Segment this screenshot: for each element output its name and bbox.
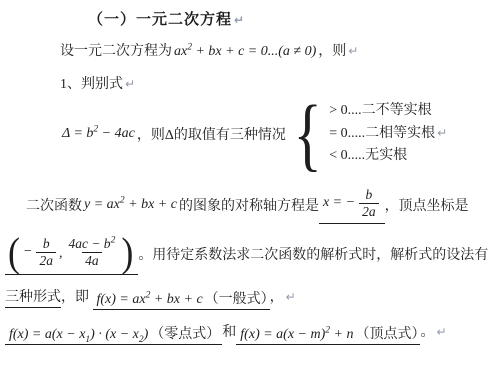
discriminant-item-line: 1、判别式↵ (60, 73, 494, 93)
numerator-part: 4ac − b (68, 236, 110, 251)
setup-prefix: 设一元二次方程为 (60, 44, 172, 59)
three-forms-line: 三种形式，即 f(x) = ax2 + bx + c（一般式），↵ (5, 286, 494, 308)
section-heading: （一）一元二次方程↵ (88, 8, 494, 29)
denominator: 2a (359, 203, 379, 220)
equation-setup-line: 设一元二次方程为ax2 + bx + c = 0...(a ≠ 0)，则↵ (60, 40, 494, 60)
cases-list: > 0....二不等实根 = 0.....二相等实根↵ < 0.....无实根 (329, 103, 447, 165)
close-paren-glyph: ) (121, 231, 133, 272)
general-form-formula: f(x) = ax2 + bx + c (97, 292, 203, 307)
numerator: b (40, 236, 53, 252)
setup-suffix: ，则 (318, 44, 346, 59)
zero-form-formula: f(x) = a(x − x1) · (x − x2) (9, 327, 148, 342)
formula-part: ) · (x − x (90, 327, 139, 342)
formula-part: Δ = b (62, 126, 93, 141)
fraction-4ac-b2-over-4a: 4ac − b24a (65, 236, 118, 268)
axis-answer-blank: x = − b2a (319, 185, 385, 224)
formula-part: y = ax (84, 197, 120, 212)
formula-part: ax (174, 44, 187, 59)
vertex-suffix-text: 。用待定系数法求二次函数的解析式时，解析式的设法有 (138, 244, 488, 264)
exponent: 2 (111, 236, 116, 246)
and-text: 和 (222, 325, 236, 340)
zero-and-vertex-forms-line: f(x) = a(x − x1) · (x − x2)（零点式）和f(x) = … (5, 321, 494, 343)
vertex-form-blank: f(x) = a(x − m)2 + n（顶点式） (236, 327, 420, 345)
zero-form-label: （零点式） (150, 327, 220, 342)
comma-separator: , (59, 246, 63, 262)
paragraph-mark-icon: ↵ (125, 77, 135, 91)
document-page: （一）一元二次方程↵ 设一元二次方程为ax2 + bx + c = 0...(a… (0, 0, 494, 379)
denominator: 4a (82, 252, 102, 269)
item-text: 1、判别式 (60, 77, 123, 92)
delta-description: ，则Δ的取值有三种情况 (137, 124, 286, 144)
vertex-answer-blank: ( − b2a , 4ac − b24a ) (5, 232, 138, 275)
fraction-b-over-2a: b2a (359, 187, 379, 219)
case-text: > 0....二不等实根 (329, 103, 431, 118)
forms-suffix: ， (270, 290, 284, 305)
formula-part: − 4ac (98, 126, 135, 141)
numerator: b (362, 187, 375, 203)
zero-form-blank: f(x) = a(x − x1) · (x − x2)（零点式） (5, 327, 222, 345)
general-form-blank: f(x) = ax2 + bx + c（一般式） (93, 292, 270, 310)
formula-part: ) (144, 327, 149, 342)
formula-part: f(x) = a(x − x (9, 327, 85, 342)
parabola-suffix: ，顶点坐标是 (385, 195, 469, 215)
vertex-coordinates-line: ( − b2a , 4ac − b24a ) 。用待定系数法求二次函数的解析式时… (5, 232, 494, 275)
parabola-prefix: 二次函数 (26, 195, 82, 215)
left-brace-glyph: { (293, 95, 321, 173)
general-form-label: （一般式） (205, 292, 268, 307)
case-zero: = 0.....二相等实根↵ (329, 126, 447, 143)
paragraph-mark-icon: ↵ (286, 290, 296, 304)
vertex-form-label: （顶点式） (355, 327, 418, 342)
formula-part: + bx + c = 0...(a ≠ 0) (192, 44, 316, 59)
delta-formula: Δ = b2 − 4ac (62, 126, 135, 142)
denominator: 2a (36, 252, 56, 269)
paragraph-mark-icon: ↵ (437, 126, 447, 140)
numerator: 4ac − b2 (65, 236, 118, 252)
axis-formula-prefix: x = − (323, 195, 355, 211)
formula-part: + n (330, 327, 353, 342)
case-negative: < 0.....无实根 (329, 148, 447, 165)
forms-count-blank: 三种形式 (5, 290, 61, 308)
paragraph-mark-icon: ↵ (436, 325, 446, 339)
paragraph-mark-icon: ↵ (348, 44, 358, 58)
paragraph-mark-icon: ↵ (234, 13, 245, 27)
case-text: < 0.....无实根 (329, 148, 407, 163)
parabola-mid-text: 的图象的对称轴方程是 (179, 195, 319, 215)
parabola-formula: y = ax2 + bx + c (84, 197, 177, 213)
formula-part: + bx + c (150, 292, 202, 307)
sentence-end: 。 (420, 325, 434, 340)
minus-sign: − (23, 244, 32, 260)
open-paren-glyph: ( (8, 231, 20, 272)
case-positive: > 0....二不等实根 (329, 103, 447, 120)
section-heading-text: （一）一元二次方程 (88, 11, 232, 28)
case-text: = 0.....二相等实根 (329, 126, 435, 141)
vertex-form-formula: f(x) = a(x − m)2 + n (240, 327, 353, 342)
discriminant-cases-row: Δ = b2 − 4ac ，则Δ的取值有三种情况 { > 0....二不等实根 … (60, 95, 494, 173)
parabola-axis-line: 二次函数 y = ax2 + bx + c 的图象的对称轴方程是 x = − b… (26, 185, 494, 224)
forms-mid-text: ，即 (61, 290, 93, 305)
quadratic-equation-formula: ax2 + bx + c = 0...(a ≠ 0) (174, 44, 316, 59)
fraction-b-over-2a: b2a (36, 236, 56, 268)
formula-part: f(x) = ax (97, 292, 146, 307)
formula-part: + bx + c (125, 197, 177, 212)
formula-part: f(x) = a(x − m) (240, 327, 325, 342)
